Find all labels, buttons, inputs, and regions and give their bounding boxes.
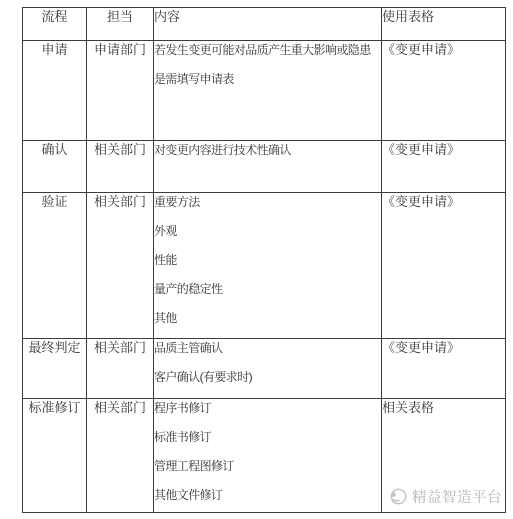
content-cell: 重要方法 外观 性能 量产的稳定性 其他 [154,193,382,339]
form-cell: 《变更申请》 [382,193,506,339]
watermark-text: 精益智造平台 [412,486,502,507]
process-cell: 确认 [23,141,87,193]
content-line: 若发生变更可能对品质产生重大影响或隐患 [154,41,381,59]
header-process: 流程 [23,8,87,41]
content-line: 客户确认(有要求时) [154,368,381,386]
content-line: 量产的稳定性 [154,280,381,298]
platform-watermark: 精益智造平台 [388,486,502,507]
process-cell: 验证 [23,193,87,339]
form-cell: 《变更申请》 [382,339,506,399]
form-cell: 《变更申请》 [382,41,506,141]
lean-platform-logo-icon [388,487,407,506]
document-page: 流程 担当 内容 使用表格 申请 申请部门 若发生变更可能对品质产生重大影响或隐… [0,0,513,519]
table-header-row: 流程 担当 内容 使用表格 [23,8,506,41]
owner-cell: 申请部门 [87,41,154,141]
content-line: 对变更内容进行技术性确认 [154,141,381,159]
content-line: 标准书修订 [154,428,381,446]
header-form: 使用表格 [382,8,506,41]
process-cell: 最终判定 [23,339,87,399]
owner-cell: 相关部门 [87,141,154,193]
table-row-verify: 验证 相关部门 重要方法 外观 性能 量产的稳定性 其他 《变更申请》 [23,193,506,339]
content-line: 管理工程图修订 [154,457,381,475]
content-cell: 若发生变更可能对品质产生重大影响或隐患 是需填写申请表 [154,41,382,141]
owner-cell: 相关部门 [87,399,154,513]
owner-cell: 相关部门 [87,193,154,339]
content-line: 品质主管确认 [154,339,381,357]
table-row-confirm: 确认 相关部门 对变更内容进行技术性确认 《变更申请》 [23,141,506,193]
change-process-table: 流程 担当 内容 使用表格 申请 申请部门 若发生变更可能对品质产生重大影响或隐… [22,7,506,513]
content-line: 重要方法 [154,193,381,211]
content-cell: 品质主管确认 客户确认(有要求时) [154,339,382,399]
form-cell: 《变更申请》 [382,141,506,193]
content-line: 其他 [154,309,381,327]
content-cell: 程序书修订 标准书修订 管理工程图修订 其他文件修订 [154,399,382,513]
content-cell: 对变更内容进行技术性确认 [154,141,382,193]
content-line: 程序书修订 [154,399,381,417]
content-line: 其他文件修订 [154,486,381,504]
content-line: 性能 [154,251,381,269]
owner-cell: 相关部门 [87,339,154,399]
header-content: 内容 [154,8,382,41]
process-cell: 申请 [23,41,87,141]
content-line: 是需填写申请表 [154,70,381,88]
process-cell: 标准修订 [23,399,87,513]
header-owner: 担当 [87,8,154,41]
table-row-apply: 申请 申请部门 若发生变更可能对品质产生重大影响或隐患 是需填写申请表 《变更申… [23,41,506,141]
content-line: 外观 [154,222,381,240]
table-row-final-judgment: 最终判定 相关部门 品质主管确认 客户确认(有要求时) 《变更申请》 [23,339,506,399]
